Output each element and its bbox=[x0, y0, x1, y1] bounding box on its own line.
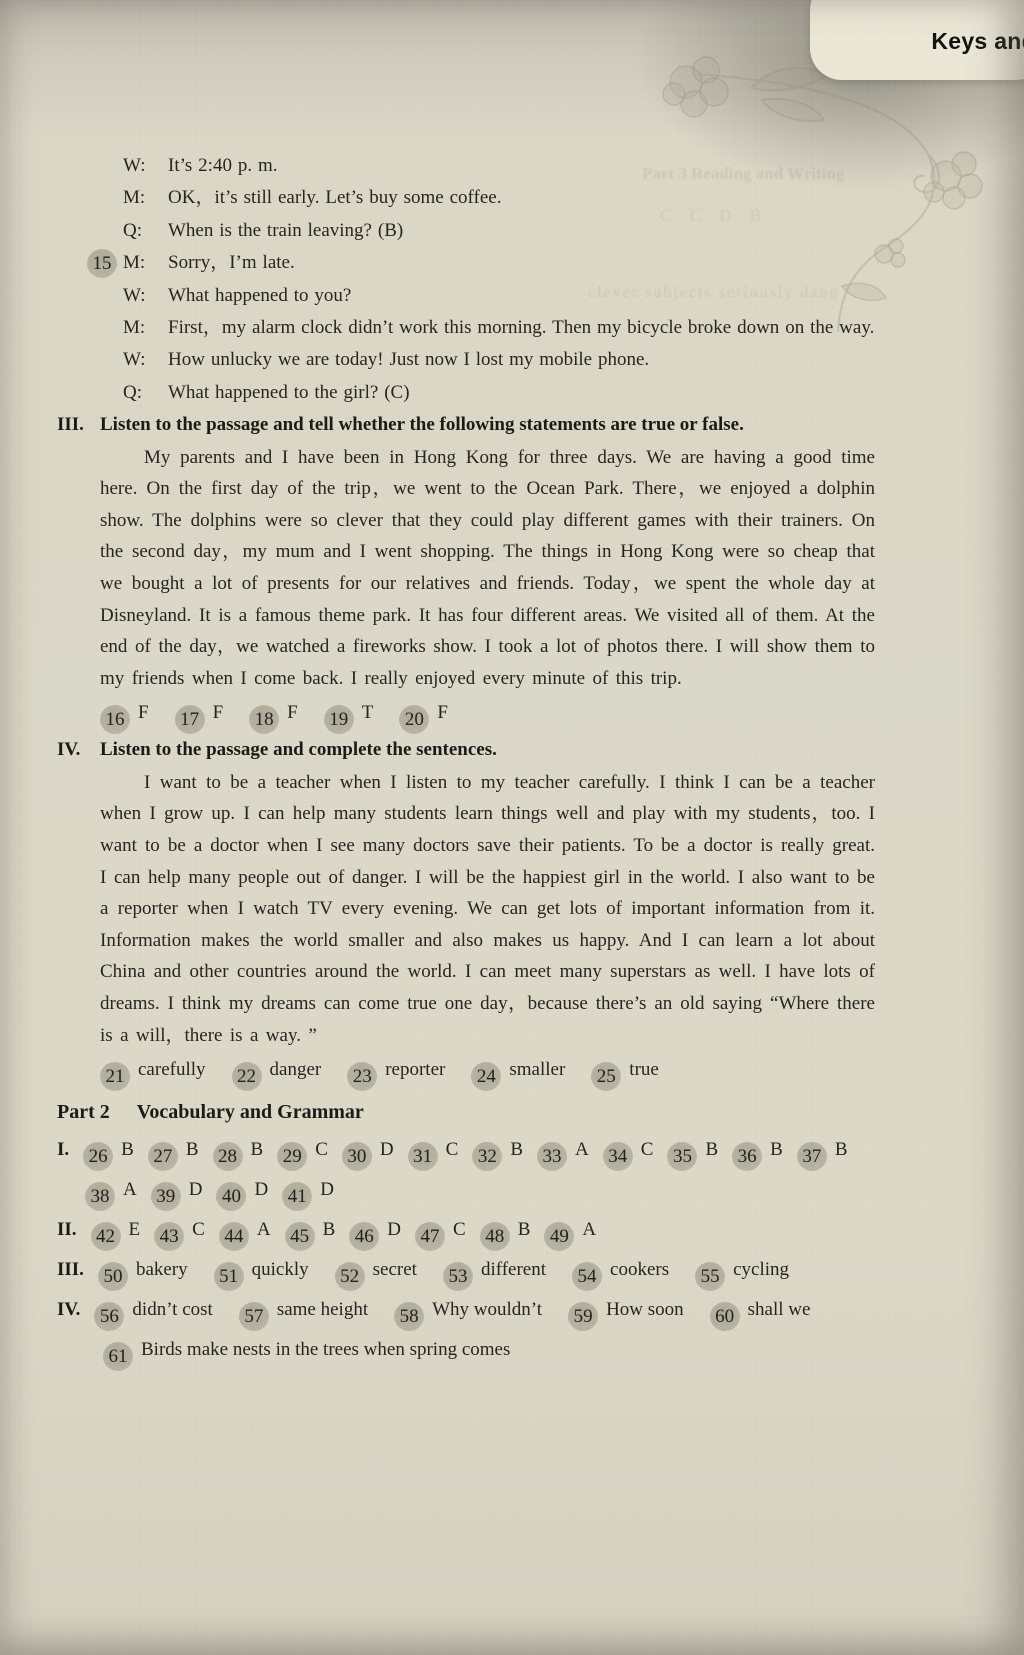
speaker-label: W: bbox=[123, 150, 168, 182]
row-label: III. bbox=[57, 1259, 84, 1280]
section-heading-listening-4: IV. Listen to the passage and complete t… bbox=[57, 734, 877, 766]
answer-value: shall we bbox=[748, 1299, 811, 1320]
part2-answer-rows: I.26B27B28B29C30D31C32B33A34C35B36B37B38… bbox=[57, 1131, 877, 1371]
answers-16-20: 16F17F18F19T20F bbox=[100, 694, 877, 734]
answer-item: 30D bbox=[342, 1139, 394, 1160]
answer-number-badge: 20 bbox=[399, 705, 429, 734]
answer-item: 50bakery bbox=[98, 1259, 188, 1280]
answer-value: D bbox=[380, 1139, 394, 1160]
answer-number-badge: 50 bbox=[98, 1262, 128, 1291]
answer-value: B bbox=[835, 1139, 848, 1160]
answer-value: quickly bbox=[252, 1259, 309, 1280]
section-label: III. bbox=[57, 409, 100, 441]
page-header-tab: Keys and bbox=[810, 0, 1024, 80]
answer-number-badge: 16 bbox=[100, 705, 130, 734]
answer-value: C bbox=[315, 1139, 328, 1160]
answer-item: 28B bbox=[213, 1139, 264, 1160]
answer-value: different bbox=[481, 1259, 546, 1280]
answer-item: 48B bbox=[480, 1219, 531, 1240]
answer-item: 59How soon bbox=[568, 1299, 684, 1320]
dialogue-line: Q:When is the train leaving? (B) bbox=[123, 215, 909, 247]
answer-number-badge: 39 bbox=[151, 1182, 181, 1211]
section-label: IV. bbox=[57, 734, 100, 766]
answer-value: B bbox=[323, 1219, 336, 1240]
answer-number-badge: 37 bbox=[797, 1142, 827, 1171]
answer-number-badge: 27 bbox=[148, 1142, 178, 1171]
answer-item: 37B bbox=[797, 1139, 848, 1160]
answer-number-badge: 59 bbox=[568, 1302, 598, 1331]
section-heading-listening-3: III. Listen to the passage and tell whet… bbox=[57, 409, 877, 441]
answer-number-badge: 24 bbox=[471, 1062, 501, 1091]
answer-item: 61Birds make nests in the trees when spr… bbox=[103, 1339, 510, 1360]
answer-number-badge: 53 bbox=[443, 1262, 473, 1291]
section-title: Listen to the passage and tell whether t… bbox=[100, 409, 877, 441]
answer-value: D bbox=[320, 1179, 334, 1200]
answer-number-badge: 58 bbox=[394, 1302, 424, 1331]
answer-value: C bbox=[641, 1139, 654, 1160]
answer-item: 41D bbox=[282, 1179, 334, 1200]
answer-item: 19T bbox=[324, 702, 374, 723]
answer-item: 24smaller bbox=[471, 1059, 565, 1080]
dialogue-text: What happened to the girl? (C) bbox=[168, 377, 909, 409]
dialogue-line: Q:What happened to the girl? (C) bbox=[123, 377, 909, 409]
answer-value: same height bbox=[277, 1299, 368, 1320]
answer-number-badge: 17 bbox=[175, 705, 205, 734]
speaker-label: M: bbox=[123, 312, 168, 344]
answer-value: C bbox=[192, 1219, 205, 1240]
answer-item: 52secret bbox=[335, 1259, 417, 1280]
answer-value: B bbox=[251, 1139, 264, 1160]
answer-item: 39D bbox=[151, 1179, 203, 1200]
answer-value: Birds make nests in the trees when sprin… bbox=[141, 1339, 510, 1360]
speaker-label: W: bbox=[123, 344, 168, 376]
answer-item: 32B bbox=[472, 1139, 523, 1160]
answer-value: F bbox=[213, 702, 224, 723]
answer-number-badge: 23 bbox=[347, 1062, 377, 1091]
page-content: W:It’s 2:40 p. m.M:OK，it’s still early. … bbox=[57, 150, 877, 1371]
dialogue-text: First，my alarm clock didn’t work this mo… bbox=[168, 312, 909, 344]
answer-number-badge: 42 bbox=[91, 1222, 121, 1251]
dialogue-text: When is the train leaving? (B) bbox=[168, 215, 909, 247]
row-label: IV. bbox=[57, 1299, 80, 1320]
answer-item: 55cycling bbox=[695, 1259, 789, 1280]
dialogue-line: 15M:Sorry，I’m late. bbox=[123, 247, 909, 279]
answer-value: B bbox=[510, 1139, 523, 1160]
item-number-badge: 15 bbox=[87, 249, 117, 278]
answer-value: A bbox=[257, 1219, 271, 1240]
answer-value: E bbox=[129, 1219, 141, 1240]
answer-item: 43C bbox=[154, 1219, 205, 1240]
answer-number-badge: 45 bbox=[285, 1222, 315, 1251]
answer-row: III.50bakery51quickly52secret53different… bbox=[57, 1251, 877, 1291]
answer-number-badge: 43 bbox=[154, 1222, 184, 1251]
dialogue-text: What happened to you? bbox=[168, 280, 909, 312]
answer-number-badge: 30 bbox=[342, 1142, 372, 1171]
answer-value: smaller bbox=[509, 1059, 565, 1080]
answer-number-badge: 25 bbox=[591, 1062, 621, 1091]
answer-value: B bbox=[705, 1139, 718, 1160]
answer-number-badge: 41 bbox=[282, 1182, 312, 1211]
answer-value: A bbox=[582, 1219, 596, 1240]
answer-row: 38A39D40D41D bbox=[57, 1171, 877, 1211]
row-label: I. bbox=[57, 1139, 69, 1160]
part2-heading: Part 2 Vocabulary and Grammar bbox=[57, 1094, 877, 1131]
dialogue-line: W:It’s 2:40 p. m. bbox=[123, 150, 909, 182]
speaker-label: M: bbox=[123, 247, 168, 279]
dialogue-block-question15: 15M:Sorry，I’m late.W:What happened to yo… bbox=[123, 247, 909, 409]
answer-value: C bbox=[453, 1219, 466, 1240]
speaker-label: W: bbox=[123, 280, 168, 312]
answer-item: 44A bbox=[219, 1219, 271, 1240]
answer-value: B bbox=[518, 1219, 531, 1240]
answer-value: reporter bbox=[385, 1059, 445, 1080]
answer-value: T bbox=[362, 702, 374, 723]
answer-value: F bbox=[138, 702, 149, 723]
speaker-label: M: bbox=[123, 182, 168, 214]
dialogue-text: Sorry，I’m late. bbox=[168, 247, 909, 279]
answer-value: B bbox=[770, 1139, 783, 1160]
answer-row: I.26B27B28B29C30D31C32B33A34C35B36B37B bbox=[57, 1131, 877, 1171]
part2-label: Part 2 bbox=[57, 1094, 110, 1131]
answer-item: 29C bbox=[277, 1139, 328, 1160]
answer-value: F bbox=[287, 702, 298, 723]
answer-number-badge: 34 bbox=[603, 1142, 633, 1171]
answer-item: 18F bbox=[249, 702, 298, 723]
answer-value: secret bbox=[373, 1259, 417, 1280]
answer-number-badge: 21 bbox=[100, 1062, 130, 1091]
answer-key-page: Part 3 Reading and Writing C C D B cleve… bbox=[0, 0, 1024, 1655]
dialogue-text: It’s 2:40 p. m. bbox=[168, 150, 909, 182]
answer-number-badge: 60 bbox=[710, 1302, 740, 1331]
answer-number-badge: 54 bbox=[572, 1262, 602, 1291]
answer-number-badge: 33 bbox=[537, 1142, 567, 1171]
answer-item: 60shall we bbox=[710, 1299, 811, 1320]
speaker-label: Q: bbox=[123, 215, 168, 247]
answer-value: F bbox=[437, 702, 448, 723]
answer-item: 23reporter bbox=[347, 1059, 445, 1080]
answer-item: 25true bbox=[591, 1059, 659, 1080]
answer-row: II.42E43C44A45B46D47C48B49A bbox=[57, 1211, 877, 1251]
answer-number-badge: 55 bbox=[695, 1262, 725, 1291]
answers-21-25: 21carefully22danger23reporter24smaller25… bbox=[100, 1051, 877, 1091]
answer-item: 33A bbox=[537, 1139, 589, 1160]
listening-passage-hong-kong: My parents and I have been in Hong Kong … bbox=[100, 442, 875, 695]
answer-item: 31C bbox=[408, 1139, 459, 1160]
answer-number-badge: 26 bbox=[83, 1142, 113, 1171]
dialogue-line: W:What happened to you? bbox=[123, 280, 909, 312]
answer-value: D bbox=[254, 1179, 268, 1200]
answer-value: D bbox=[387, 1219, 401, 1240]
answer-item: 54cookers bbox=[572, 1259, 669, 1280]
dialogue-block-question14: W:It’s 2:40 p. m.M:OK，it’s still early. … bbox=[123, 150, 909, 247]
answer-item: 34C bbox=[603, 1139, 654, 1160]
answer-number-badge: 35 bbox=[667, 1142, 697, 1171]
dialogue-line: M:OK，it’s still early. Let’s buy some co… bbox=[123, 182, 909, 214]
answer-value: true bbox=[629, 1059, 659, 1080]
answer-number-badge: 51 bbox=[214, 1262, 244, 1291]
answer-value: Why wouldn’t bbox=[432, 1299, 542, 1320]
part2-title: Vocabulary and Grammar bbox=[137, 1094, 364, 1131]
answer-number-badge: 52 bbox=[335, 1262, 365, 1291]
answer-number-badge: 36 bbox=[732, 1142, 762, 1171]
answer-value: cycling bbox=[733, 1259, 789, 1280]
answer-number-badge: 40 bbox=[216, 1182, 246, 1211]
answer-number-badge: 29 bbox=[277, 1142, 307, 1171]
answer-number-badge: 19 bbox=[324, 705, 354, 734]
answer-value: A bbox=[123, 1179, 137, 1200]
answer-item: 42E bbox=[91, 1219, 141, 1240]
answer-number-badge: 18 bbox=[249, 705, 279, 734]
answer-number-badge: 32 bbox=[472, 1142, 502, 1171]
answer-value: C bbox=[446, 1139, 459, 1160]
answer-item: 46D bbox=[349, 1219, 401, 1240]
answer-value: How soon bbox=[606, 1299, 684, 1320]
answer-item: 45B bbox=[285, 1219, 336, 1240]
answer-item: 58Why wouldn’t bbox=[394, 1299, 542, 1320]
dialogue-line: M:First，my alarm clock didn’t work this … bbox=[123, 312, 909, 344]
answer-value: B bbox=[186, 1139, 199, 1160]
speaker-label: Q: bbox=[123, 377, 168, 409]
answer-number-badge: 44 bbox=[219, 1222, 249, 1251]
answer-item: 38A bbox=[85, 1179, 137, 1200]
answer-row: 61Birds make nests in the trees when spr… bbox=[57, 1331, 877, 1371]
answer-item: 16F bbox=[100, 702, 149, 723]
answer-item: 21carefully bbox=[100, 1059, 206, 1080]
answer-item: 36B bbox=[732, 1139, 783, 1160]
answer-item: 53different bbox=[443, 1259, 546, 1280]
header-title: Keys and bbox=[931, 28, 1024, 55]
answer-number-badge: 57 bbox=[239, 1302, 269, 1331]
answer-value: bakery bbox=[136, 1259, 188, 1280]
answer-item: 56didn’t cost bbox=[94, 1299, 212, 1320]
section-title: Listen to the passage and complete the s… bbox=[100, 734, 877, 766]
dialogue-text: How unlucky we are today! Just now I los… bbox=[168, 344, 909, 376]
answer-item: 35B bbox=[667, 1139, 718, 1160]
answer-item: 27B bbox=[148, 1139, 199, 1160]
answer-number-badge: 48 bbox=[480, 1222, 510, 1251]
answer-value: didn’t cost bbox=[132, 1299, 212, 1320]
answer-item: 47C bbox=[415, 1219, 466, 1240]
dialogue-line: W:How unlucky we are today! Just now I l… bbox=[123, 344, 909, 376]
answer-value: A bbox=[575, 1139, 589, 1160]
answer-number-badge: 47 bbox=[415, 1222, 445, 1251]
listening-passage-dreams: I want to be a teacher when I listen to … bbox=[100, 767, 875, 1051]
dialogue-text: OK，it’s still early. Let’s buy some coff… bbox=[168, 182, 909, 214]
answer-value: D bbox=[189, 1179, 203, 1200]
answer-item: 57same height bbox=[239, 1299, 368, 1320]
answer-item: 26B bbox=[83, 1139, 134, 1160]
answer-item: 51quickly bbox=[214, 1259, 309, 1280]
answer-number-badge: 56 bbox=[94, 1302, 124, 1331]
answer-number-badge: 46 bbox=[349, 1222, 379, 1251]
answer-item: 17F bbox=[175, 702, 224, 723]
answer-number-badge: 31 bbox=[408, 1142, 438, 1171]
answer-value: cookers bbox=[610, 1259, 669, 1280]
answer-item: 22danger bbox=[232, 1059, 322, 1080]
answer-number-badge: 22 bbox=[232, 1062, 262, 1091]
answer-value: carefully bbox=[138, 1059, 206, 1080]
answer-number-badge: 49 bbox=[544, 1222, 574, 1251]
answer-number-badge: 61 bbox=[103, 1342, 133, 1371]
answer-number-badge: 28 bbox=[213, 1142, 243, 1171]
answer-item: 49A bbox=[544, 1219, 596, 1240]
answer-value: danger bbox=[270, 1059, 322, 1080]
answer-item: 40D bbox=[216, 1179, 268, 1200]
answer-item: 20F bbox=[399, 702, 448, 723]
row-label: II. bbox=[57, 1219, 77, 1240]
answer-value: B bbox=[121, 1139, 134, 1160]
answer-number-badge: 38 bbox=[85, 1182, 115, 1211]
answer-row: IV.56didn’t cost57same height58Why would… bbox=[57, 1291, 877, 1331]
